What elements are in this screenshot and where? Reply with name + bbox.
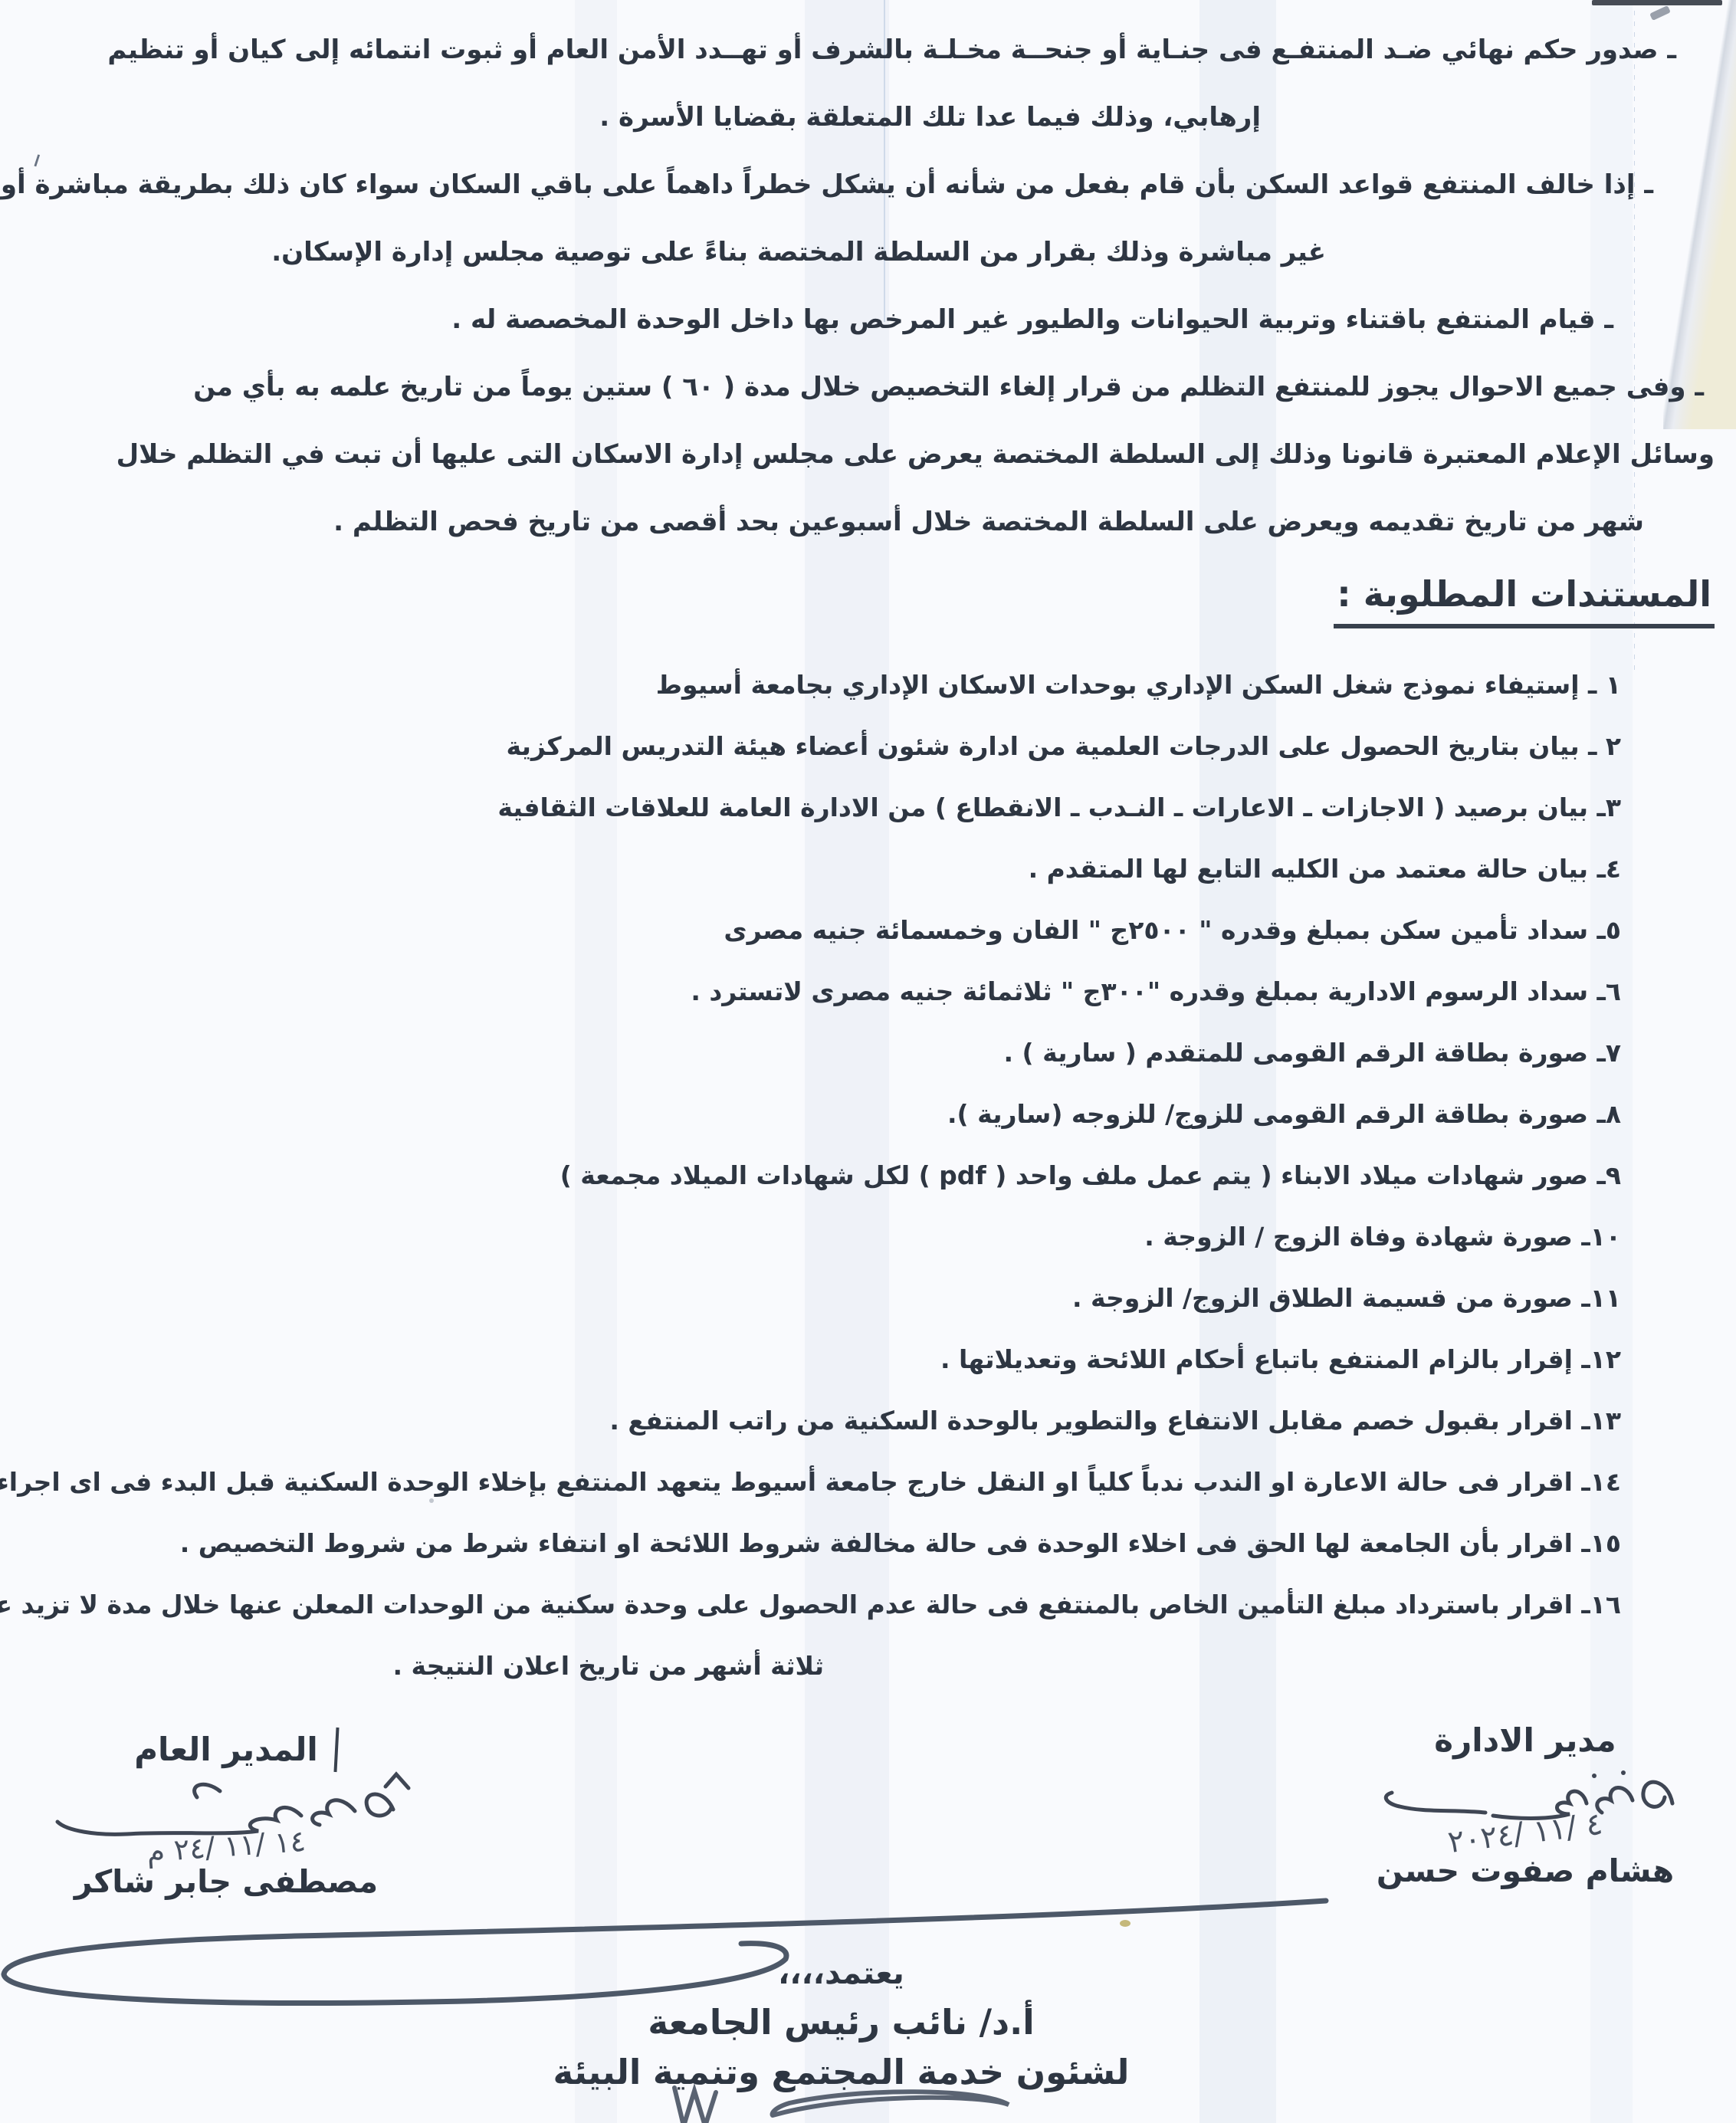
doc-item-2: ٢ ـ بيان بتاريخ الحصول على الدرجات العلم…: [19, 730, 1621, 763]
doc-item-13: ١٣ـ اقرار بقبول خصم مقابل الانتفاع والتط…: [19, 1404, 1621, 1438]
doc-item-16-continuation: ثلاثة أشهر من تاريخ اعلان النتيجة .: [19, 1649, 824, 1683]
intro-line-5: ـ قيام المنتفع باقتناء وتربية الحيوانات …: [15, 302, 1613, 337]
director-title: مدير الادارة: [1349, 1721, 1702, 1759]
doc-item-10: ١٠ـ صورة شهادة وفاة الزوج / الزوجة .: [19, 1220, 1621, 1254]
approval-salutation: يعتمد،،،،: [0, 1956, 1682, 1991]
stray-pen-stroke: [333, 1728, 339, 1772]
intro-line-1: ـ صدور حكم نهائي ضـد المنتفـع فى جنـاية …: [15, 32, 1676, 67]
doc-item-9: ٩ـ صور شهادات ميلاد الابناء ( يتم عمل مل…: [19, 1159, 1621, 1193]
doc-item-7: ٧ـ صورة بطاقة الرقم القومى للمتقدم ( سار…: [19, 1036, 1621, 1070]
doc-item-14: ١٤ـ اقرار فى حالة الاعارة او الندب ندباً…: [19, 1465, 1621, 1499]
doc-item-16: ١٦ـ اقرار باسترداد مبلغ التأمين الخاص با…: [19, 1588, 1621, 1622]
doc-item-8: ٨ـ صورة بطاقة الرقم القومى للزوج/ للزوجه…: [19, 1098, 1621, 1131]
general-manager-title: المدير العام: [134, 1731, 318, 1768]
intro-line-3: ـ إذا خالف المنتفع قواعد السكن بأن قام ب…: [15, 167, 1653, 202]
doc-item-5: ٥ـ سداد تأمين سكن بمبلغ وقدره " ٢٥٠٠ج " …: [19, 914, 1621, 947]
doc-item-3: ٣ـ بيان برصيد ( الاجازات ـ الاعارات ـ ال…: [19, 791, 1621, 825]
signature-block-general-manager: المدير العام ١٤ /١١ /٢٤ م مصطفى جابر شاك…: [34, 1731, 418, 1900]
scan-edge-mark: [1592, 0, 1722, 5]
doc-item-12: ١٢ـ إقرار بالزام المنتفع باتباع أحكام ال…: [19, 1343, 1621, 1377]
scanned-document-page: ـ صدور حكم نهائي ضـد المنتفـع فى جنـاية …: [0, 0, 1736, 2123]
doc-item-15: ١٥ـ اقرار بأن الجامعة لها الحق فى اخلاء …: [19, 1527, 1621, 1560]
intro-bullets: ـ صدور حكم نهائي ضـد المنتفـع فى جنـاية …: [0, 32, 1736, 572]
doc-item-4: ٤ـ بيان حالة معتمد من الكليه التابع لها …: [19, 852, 1621, 886]
section-title-required-documents: المستندات المطلوبة :: [1334, 573, 1715, 628]
doc-item-1: ١ ـ إستيفاء نموذج شغل السكن الإداري بوحد…: [19, 668, 1621, 702]
doc-item-11: ١١ـ صورة من قسيمة الطلاق الزوج/ الزوجة .: [19, 1281, 1621, 1315]
intro-line-6: ـ وفى جميع الاحوال يجوز للمنتفع التظلم م…: [15, 369, 1704, 405]
intro-line-4: غير مباشرة وذلك بقرار من السلطة المختصة …: [15, 235, 1326, 270]
intro-line-2: إرهابي، وذلك فيما عدا تلك المتعلقة بقضاي…: [15, 100, 1261, 135]
intro-line-7: وسائل الإعلام المعتبرة قانونا وذلك إلى ا…: [15, 437, 1715, 472]
approval-title: أ.د/ نائب رئيس الجامعة: [0, 2002, 1682, 2043]
approval-subtitle: لشئون خدمة المجتمع وتنمية البيئة: [0, 2052, 1682, 2092]
approval-block: يعتمد،،،، أ.د/ نائب رئيس الجامعة لشئون خ…: [0, 1956, 1682, 2123]
signature-block-director: مدير الادارة ٤ /١١ /٢٠٢٤ هشام صفوت حسن: [1349, 1721, 1702, 1889]
intro-line-8: شهر من تاريخ تقديمه ويعرض على السلطة الم…: [15, 504, 1644, 540]
doc-item-6: ٦ـ سداد الرسوم الادارية بمبلغ وقدره "٣٠٠…: [19, 975, 1621, 1009]
required-documents-list: ١ ـ إستيفاء نموذج شغل السكن الإداري بوحد…: [19, 668, 1621, 1711]
